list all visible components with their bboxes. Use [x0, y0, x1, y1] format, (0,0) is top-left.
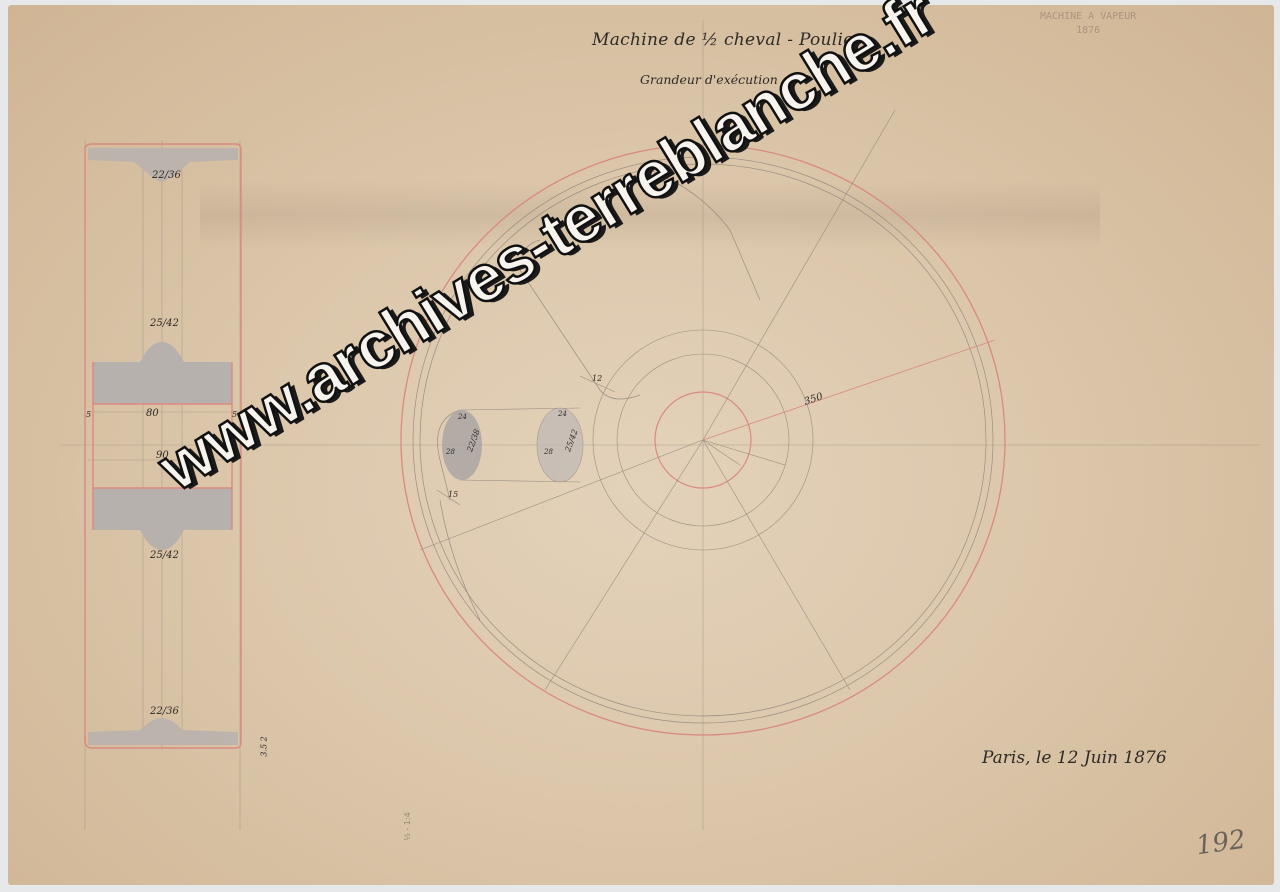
rim-bottom-dimension: 22/36 — [150, 706, 179, 717]
pencil-note: ½ - 1:4 — [403, 812, 412, 841]
archive-stamp: MACHINE A VAPEUR 1876 — [1040, 10, 1136, 38]
spoke-section-1-side: 28 — [446, 448, 455, 456]
stamp-line-2: 1876 — [1040, 24, 1136, 38]
spoke-gap-bottom-dimension: 15 — [448, 490, 458, 499]
spoke-gap-top-dimension: 12 — [592, 374, 602, 383]
place-date-signature: Paris, le 12 Juin 1876 — [982, 748, 1167, 768]
spoke-section-2-side: 28 — [544, 448, 553, 456]
bore-dimension: 80 — [146, 408, 159, 419]
hub-bottom-dimension: 25/42 — [150, 550, 179, 561]
stamp-line-1: MACHINE A VAPEUR — [1040, 10, 1136, 24]
side-mark-left: 5 — [86, 410, 91, 419]
rim-thickness-dimension: 3.5 2 — [260, 736, 269, 756]
spoke-section-2-top: 24 — [558, 410, 567, 418]
hub-top-dimension: 25/42 — [150, 318, 179, 329]
rim-top-dimension: 22/36 — [152, 170, 181, 181]
spoke-section-1-top: 24 — [458, 413, 467, 421]
